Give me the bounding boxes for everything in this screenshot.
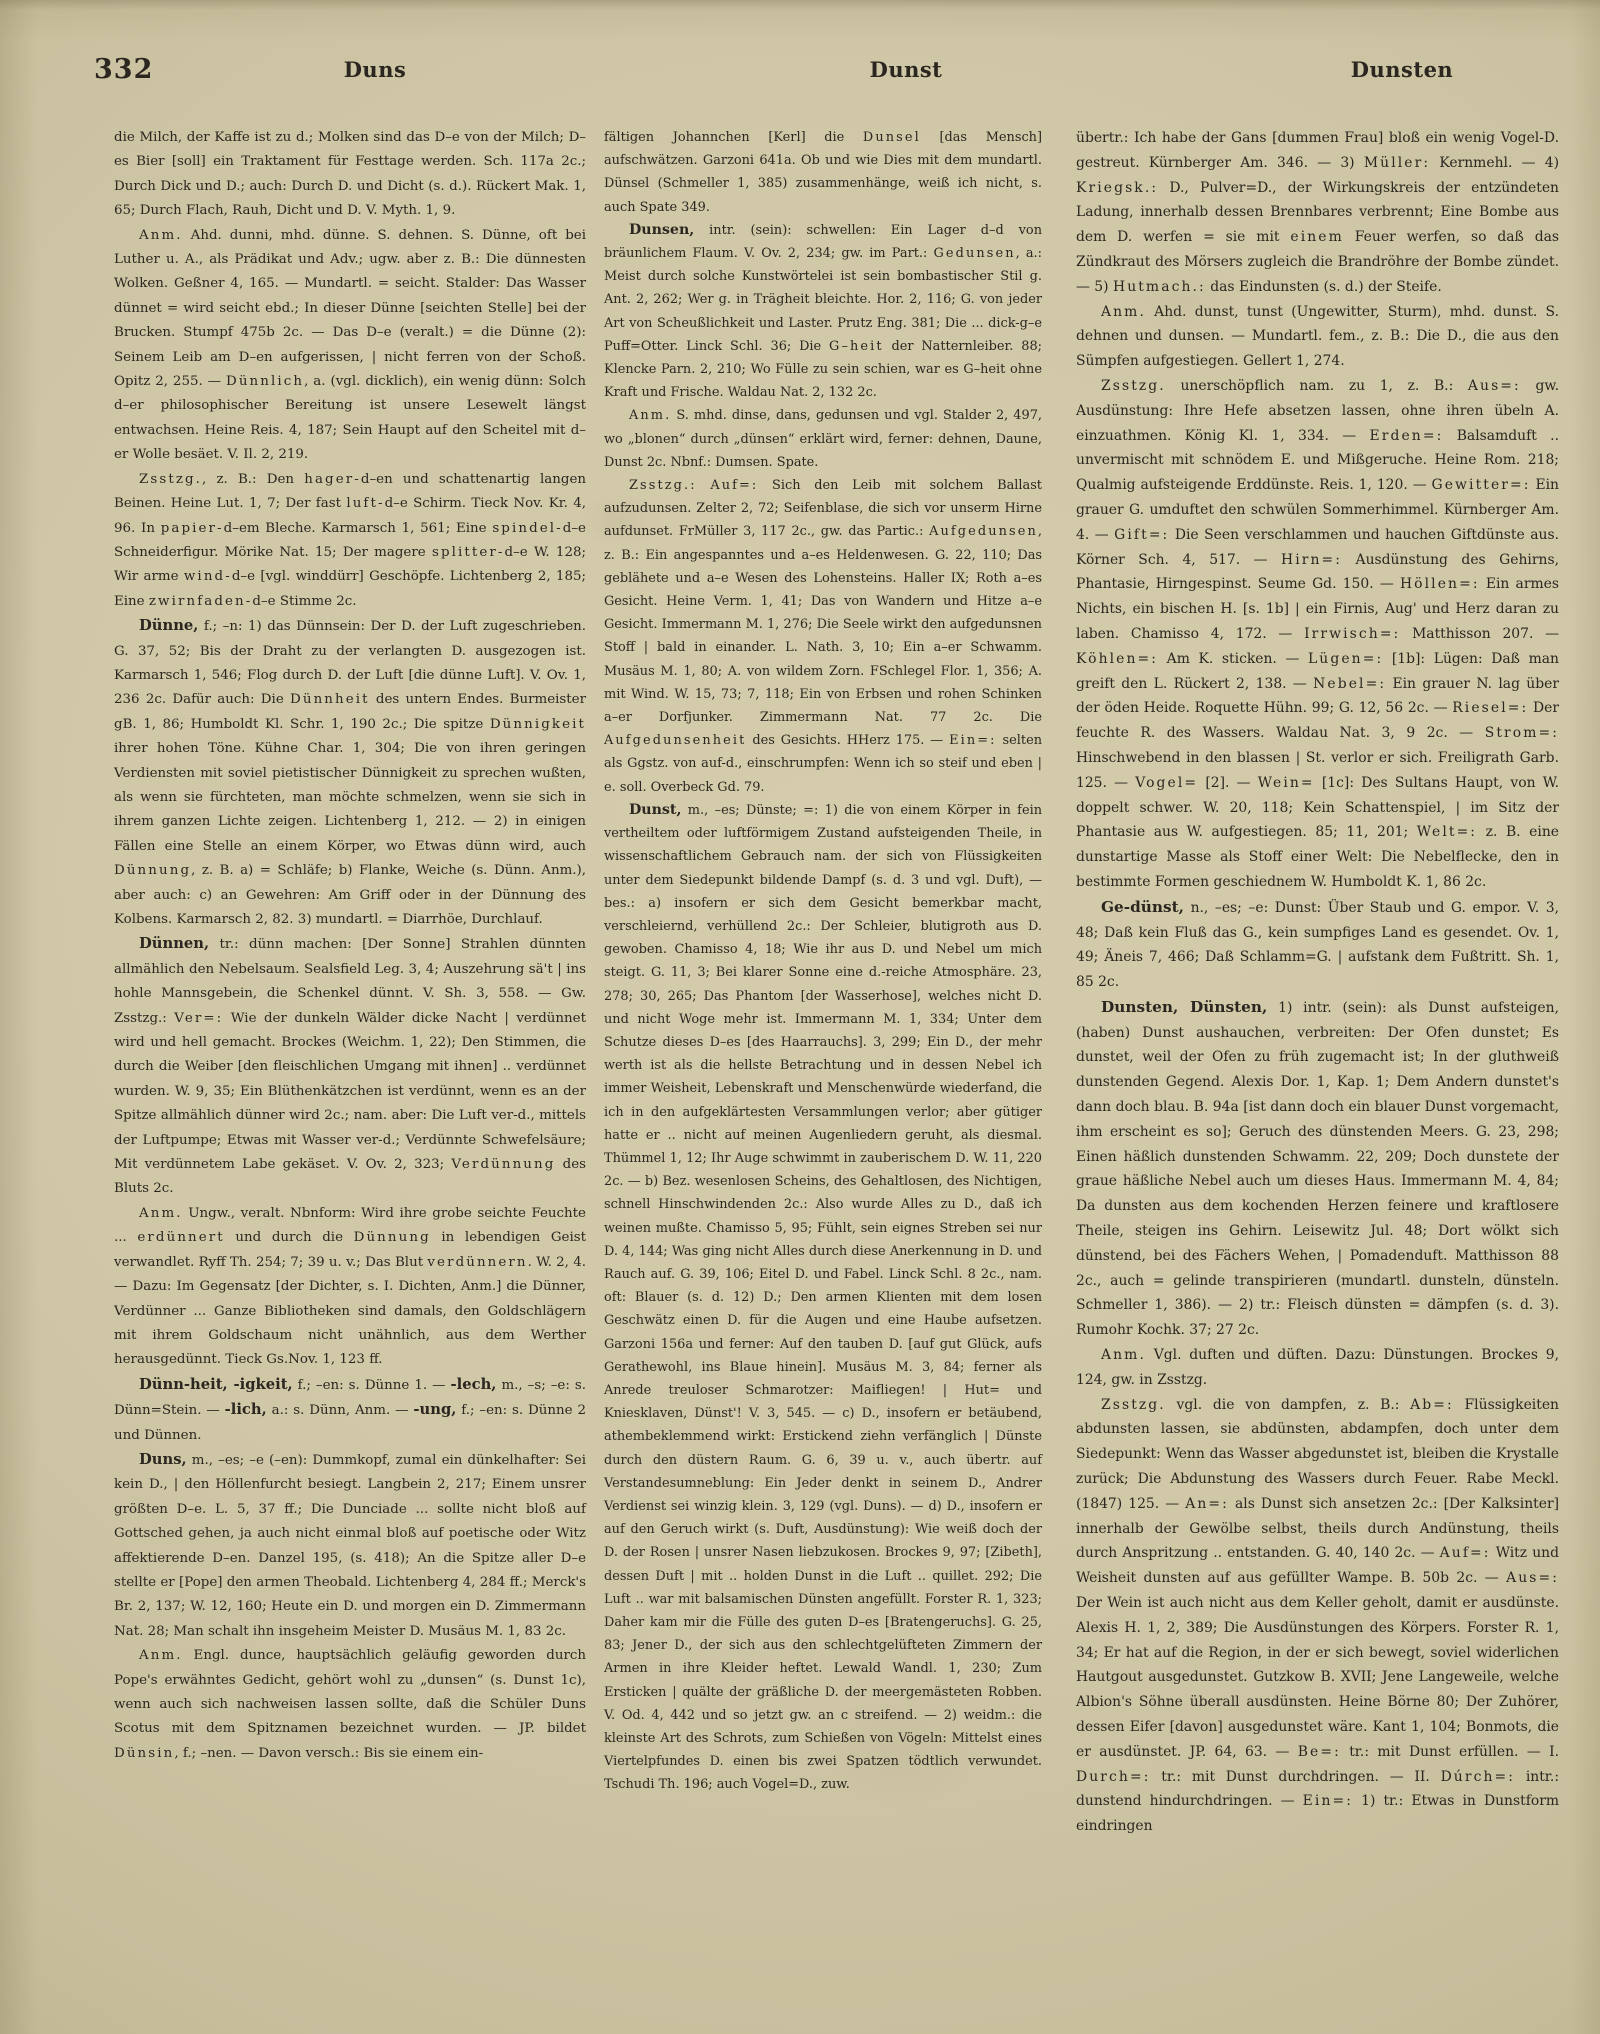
body-text: des Gesichts. HHerz 175. — xyxy=(746,733,949,748)
spaced-term: Anm. xyxy=(1101,1347,1146,1363)
spaced-term: Zsstzg. xyxy=(139,472,202,487)
spaced-term: Anm. xyxy=(629,408,671,423)
spaced-term: Aus=: xyxy=(1506,1570,1559,1586)
spaced-term: Gewitter=: xyxy=(1432,477,1531,493)
dictionary-paragraph: Dünnen, tr.: dünn machen: [Der Sonne] St… xyxy=(114,932,586,1201)
spaced-term: Aufgedunsen xyxy=(929,524,1038,539)
spaced-term: Ein=: xyxy=(949,733,996,748)
body-text xyxy=(697,478,711,493)
body-text: tr.: mit Dunst erfüllen. — I. xyxy=(1341,1744,1559,1760)
entry-headword: Ge-dünst, xyxy=(1101,898,1184,916)
spaced-term: Hutmach.: xyxy=(1113,279,1206,295)
spaced-term: zwirnfaden- xyxy=(149,594,253,609)
spaced-term: Durch=: xyxy=(1076,1769,1150,1785)
spaced-term: Verdünnung xyxy=(451,1157,555,1172)
body-text: , z. B.: Ein angespanntes und a–es Helde… xyxy=(604,524,1042,725)
body-text: Engl. dunce, hauptsächlich geläufig gewo… xyxy=(114,1648,586,1736)
body-text: Vgl. duften und düften. Dazu: Dünstungen… xyxy=(1076,1347,1559,1388)
spaced-term: G–heit xyxy=(829,339,884,354)
entry-headword: Dünnen, xyxy=(139,935,209,952)
body-text: Am K. sticken. — xyxy=(1158,651,1308,667)
dictionary-paragraph: Zsstzg. unerschöpflich nam. zu 1, z. B.:… xyxy=(1076,374,1559,895)
spaced-term: Riesel=: xyxy=(1452,700,1528,716)
spaced-term: erdünnert xyxy=(137,1230,224,1245)
dictionary-paragraph: Zsstzg., z. B.: Den hager-d–en und schat… xyxy=(114,468,586,614)
text-column-1: die Milch, der Kaffe ist zu d.; Molken s… xyxy=(114,126,586,1839)
entry-headword: Dünne, xyxy=(139,617,198,634)
body-text: Wie der dunkeln Wälder dicke Nacht | ver… xyxy=(114,1011,586,1172)
spaced-term: Auf=: xyxy=(1440,1545,1491,1561)
entry-headword: Dunsten, Dünsten, xyxy=(1101,998,1267,1016)
dictionary-paragraph: Dünn-heit, -igkeit, f.; –en: s. Dünne 1.… xyxy=(114,1373,586,1448)
spaced-term: Zsstzg. xyxy=(1101,378,1166,394)
spaced-term: Ein=: xyxy=(1303,1793,1353,1809)
running-header: 332 Duns Dunst Dunsten xyxy=(0,54,1600,90)
spaced-term: Gedunsen xyxy=(934,246,1016,261)
spaced-term: Dünnheit xyxy=(290,692,370,707)
spaced-term: Erden=: xyxy=(1370,428,1444,444)
body-text: Ahd. dunni, mhd. dünne. S. dehnen. S. Dü… xyxy=(114,228,586,389)
text-column-3: übertr.: Ich habe der Gans [dummen Frau]… xyxy=(1076,126,1559,1839)
spaced-term: Dunsel xyxy=(863,130,921,145)
spaced-term: Auf=: xyxy=(710,478,758,493)
spaced-term: Irrwisch=: xyxy=(1304,626,1400,642)
spaced-term: Höllen=: xyxy=(1400,576,1480,592)
spaced-term: Zsstzg. xyxy=(1101,1397,1166,1413)
entry-headword: -lech, xyxy=(451,1376,497,1393)
running-head-dunst: Dunst xyxy=(870,57,943,82)
dictionary-paragraph: Dünne, f.; –n: 1) das Dünnsein: Der D. d… xyxy=(114,614,586,932)
dictionary-page: 332 Duns Dunst Dunsten die Milch, der Ka… xyxy=(0,0,1600,2034)
spaced-term: Anm. xyxy=(139,1648,183,1663)
spaced-term: papier- xyxy=(161,521,224,536)
body-text: 1) intr. (sein): als Dunst aufsteigen, (… xyxy=(1076,1000,1559,1338)
text-column-2: fältigen Johannchen [Kerl] die Dunsel [d… xyxy=(604,126,1042,1839)
spaced-term: Anm. xyxy=(1101,304,1146,320)
spaced-term: luft- xyxy=(346,496,384,511)
running-head-dunsten: Dunsten xyxy=(1351,57,1453,82)
spaced-term: Hirn=: xyxy=(1281,552,1342,568)
body-text: m., –es; Dünste; =: 1) die von einem Kör… xyxy=(604,803,1042,1793)
body-text: f.; –en: s. Dünne 1. — xyxy=(293,1378,451,1393)
spaced-term: Nebel=: xyxy=(1313,676,1386,692)
spaced-term: Anm. xyxy=(139,1206,183,1221)
spaced-term: Dünnigkeit xyxy=(490,717,586,732)
spaced-term: Lügen=: xyxy=(1308,651,1383,667)
dictionary-paragraph: übertr.: Ich habe der Gans [dummen Frau]… xyxy=(1076,126,1559,300)
dictionary-paragraph: Dunsten, Dünsten, 1) intr. (sein): als D… xyxy=(1076,995,1559,1343)
dictionary-paragraph: Anm. Ahd. dunni, mhd. dünne. S. dehnen. … xyxy=(114,224,586,468)
spaced-term: Anm. xyxy=(139,228,183,243)
spaced-term: Ver=: xyxy=(174,1011,223,1026)
spaced-term: splitter- xyxy=(432,545,505,560)
body-text: Ahd. dunst, tunst (Ungewitter, Sturm), m… xyxy=(1076,304,1559,370)
entry-headword: -ung, xyxy=(413,1401,456,1418)
body-text: d–em Bleche. Karmarsch 1, 561; Eine xyxy=(224,521,493,536)
dictionary-paragraph: Ge-dünst, n., –es; –e: Dunst: Über Staub… xyxy=(1076,895,1559,995)
spaced-term: Be=: xyxy=(1298,1744,1341,1760)
spaced-term: Wein= xyxy=(1258,775,1315,791)
spaced-term: Köhlen=: xyxy=(1076,651,1158,667)
body-text: Flüssigkeiten abdunsten lassen, sie abdü… xyxy=(1076,1397,1559,1512)
body-text: Kernmehl. — 4) xyxy=(1430,155,1559,171)
spaced-term: hager- xyxy=(304,472,361,487)
spaced-term: Strom=: xyxy=(1485,725,1559,741)
entry-headword: Dunsen, xyxy=(629,222,694,238)
spaced-term: Vogel= xyxy=(1135,775,1198,791)
body-text: Matthisson 207. — xyxy=(1400,626,1559,642)
body-text: tr.: mit Dunst durchdringen. — II. xyxy=(1150,1769,1440,1785)
body-text: , a.: Meist durch solche Kunstwörtelei i… xyxy=(604,246,1042,354)
body-text: , f.; –nen. — Davon versch.: Bis sie ein… xyxy=(174,1746,483,1761)
dictionary-paragraph: Anm. Engl. dunce, hauptsächlich geläufig… xyxy=(114,1644,586,1766)
dictionary-paragraph: Anm. Ungw., veralt. Nbnform: Wird ihre g… xyxy=(114,1202,586,1373)
entry-headword: Dünn-heit, -igkeit, xyxy=(139,1376,293,1393)
body-text: . W. 2, 4. — Dazu: Im Gegensatz [der Dic… xyxy=(114,1255,586,1368)
spaced-term: wind- xyxy=(184,569,232,584)
body-text: unerschöpflich nam. zu 1, z. B.: xyxy=(1166,378,1468,394)
entry-headword: Dunst, xyxy=(629,802,681,818)
dictionary-paragraph: Anm. S. mhd. dinse, dans, gedunsen und v… xyxy=(604,404,1042,474)
spaced-term: spindel- xyxy=(492,521,562,536)
spaced-term: Aufgedunsenheit xyxy=(604,733,746,748)
dictionary-paragraph: Anm. Vgl. duften und düften. Dazu: Dünst… xyxy=(1076,1343,1559,1393)
dictionary-paragraph: Dunsen, intr. (sein): schwellen: Ein Lag… xyxy=(604,219,1042,405)
spaced-term: Gift=: xyxy=(1114,527,1169,543)
body-text: m., –es; –e (–en): Dummkopf, zumal ein d… xyxy=(114,1453,586,1639)
spaced-term: Aus=: xyxy=(1468,378,1521,394)
spaced-term: An=: xyxy=(1185,1496,1229,1512)
entry-headword: -lich, xyxy=(225,1401,267,1418)
body-text: und durch die xyxy=(225,1230,354,1245)
spaced-term: Dünnlich xyxy=(226,374,304,389)
entry-headword: Duns, xyxy=(139,1451,187,1468)
spaced-term: Dünnung xyxy=(114,863,191,878)
body-text: vgl. die von dampfen, z. B.: xyxy=(1166,1397,1410,1413)
spaced-term: Dünsin xyxy=(114,1746,174,1761)
body-text: das Eindunsten (s. d.) der Steife. xyxy=(1206,279,1442,295)
spaced-term: Dúrch=: xyxy=(1441,1769,1515,1785)
spaced-term: Dünnung xyxy=(354,1230,431,1245)
spaced-term: Zsstzg.: xyxy=(629,478,697,493)
dictionary-paragraph: Duns, m., –es; –e (–en): Dummkopf, zumal… xyxy=(114,1448,586,1644)
spaced-term: Ab=: xyxy=(1410,1397,1454,1413)
spaced-term: einem xyxy=(1290,229,1344,245)
body-text: , z. B.: Den xyxy=(202,472,304,487)
dictionary-paragraph: Zsstzg.: Auf=: Sich den Leib mit solchem… xyxy=(604,474,1042,799)
body-text: die Milch, der Kaffe ist zu d.; Molken s… xyxy=(114,130,586,218)
dictionary-paragraph: fältigen Johannchen [Kerl] die Dunsel [d… xyxy=(604,126,1042,219)
spaced-term: Müller: xyxy=(1364,155,1430,171)
page-number: 332 xyxy=(94,54,153,85)
text-block: die Milch, der Kaffe ist zu d.; Molken s… xyxy=(114,126,1560,1839)
dictionary-paragraph: Dunst, m., –es; Dünste; =: 1) die von ei… xyxy=(604,799,1042,1797)
spaced-term: Kriegsk.: xyxy=(1076,180,1158,196)
body-text: a.: s. Dünn, Anm. — xyxy=(267,1403,414,1418)
running-head-duns: Duns xyxy=(344,57,407,82)
body-text: ihrer hohen Töne. Kühne Char. 1, 304; Di… xyxy=(114,741,586,854)
spaced-term: verdünnern xyxy=(427,1255,527,1270)
dictionary-paragraph: Anm. Ahd. dunst, tunst (Ungewitter, Stur… xyxy=(1076,300,1559,374)
body-text: d–e Stimme 2c. xyxy=(252,594,356,609)
dictionary-paragraph: die Milch, der Kaffe ist zu d.; Molken s… xyxy=(114,126,586,224)
spaced-term: Welt=: xyxy=(1417,824,1477,840)
body-text: fältigen Johannchen [Kerl] die xyxy=(604,130,863,145)
body-text: [2]. — xyxy=(1198,775,1258,791)
dictionary-paragraph: Zsstzg. vgl. die von dampfen, z. B.: Ab=… xyxy=(1076,1393,1559,1839)
body-text: Der Wein ist auch nicht aus dem Keller g… xyxy=(1076,1595,1559,1760)
